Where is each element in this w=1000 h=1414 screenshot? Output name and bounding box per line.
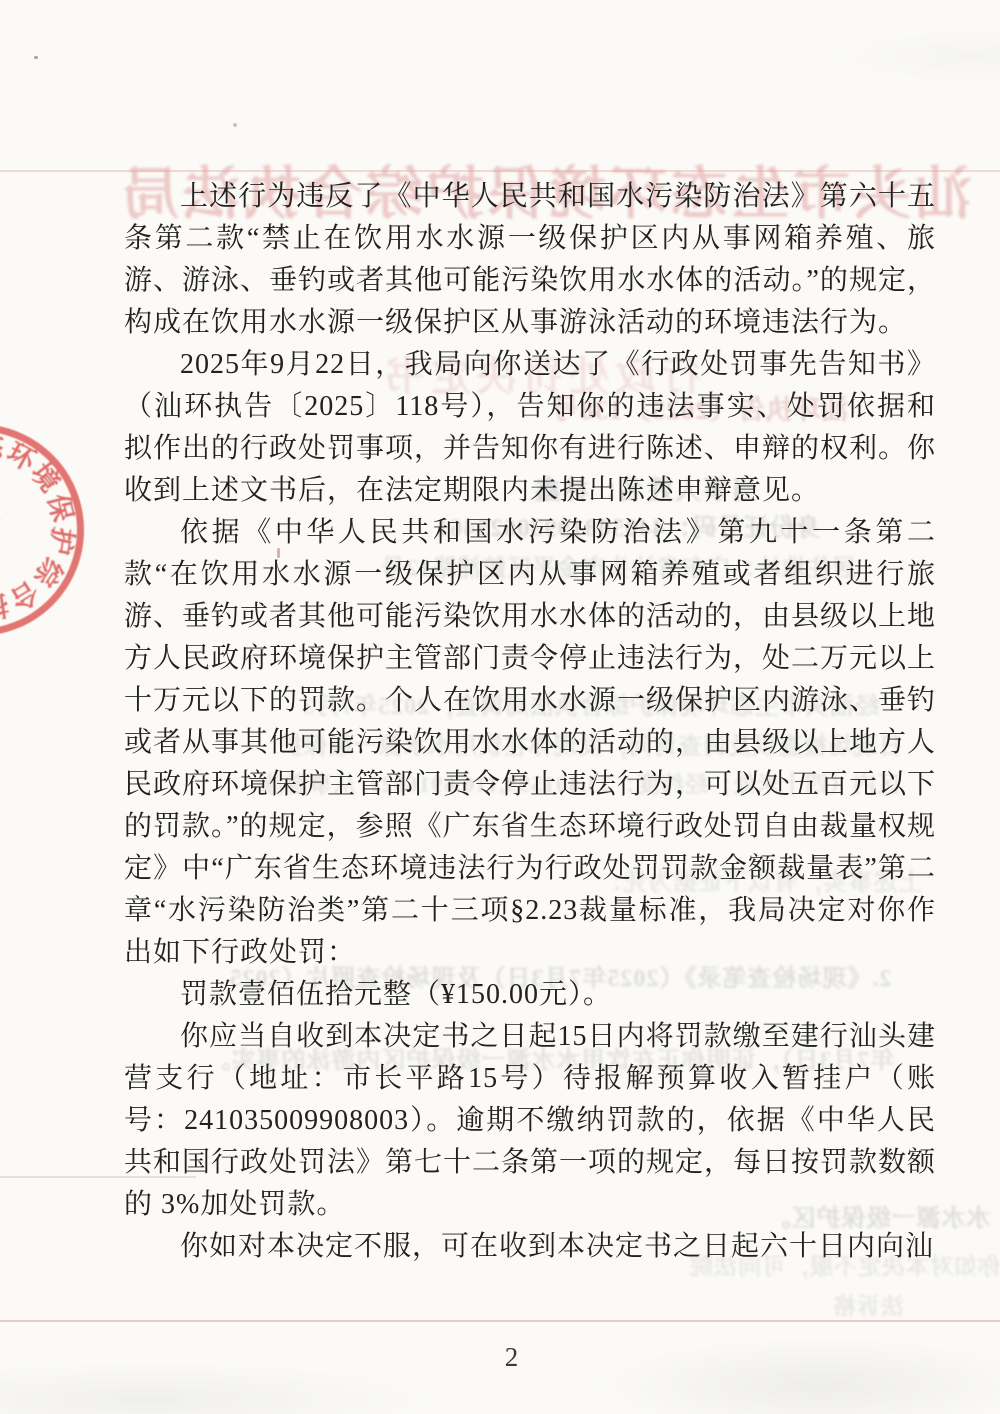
seal-character: 保	[41, 489, 77, 525]
scan-speck	[233, 123, 237, 127]
paragraph-payment-instructions: 你应当自收到本决定书之日起15日内将罚款缴至建行汕头建营支行（地址：市长平路15…	[124, 1016, 936, 1226]
paragraph-fine-amount: 罚款壹佰伍拾元整（¥150.00元）。	[124, 974, 936, 1016]
bleedthrough-ghost-text: 法诉格	[832, 1288, 904, 1321]
scan-speck	[34, 56, 38, 59]
seal-star-icon: ★	[0, 498, 4, 554]
page-number: 2	[0, 1342, 1000, 1373]
seal-character: 护	[43, 524, 78, 559]
paragraph-prior-notice: 2025年9月22日，我局向你送达了《行政处罚事先告知书》（汕环执告〔2025〕…	[124, 344, 936, 512]
bleed-rule-bottom	[0, 1320, 1000, 1322]
bleed-rule-top	[0, 170, 1000, 172]
paragraph-legal-basis: 依据《中华人民共和国水污染防治法》第九十一条第二款“在饮用水水源一级保护区内从事…	[124, 512, 936, 974]
scanned-document-page: { "document": { "paragraphs": [ {"text":…	[0, 0, 1000, 1414]
document-body: 上述行为违反了《中华人民共和国水污染防治法》第六十五条第二款“禁止在饮用水水源一…	[124, 176, 936, 1268]
paragraph-violation-finding: 上述行为违反了《中华人民共和国水污染防治法》第六十五条第二款“禁止在饮用水水源一…	[124, 176, 936, 344]
paragraph-appeal-rights: 你如对本决定不服，可在收到本决定书之日起六十日内向汕	[124, 1226, 936, 1268]
